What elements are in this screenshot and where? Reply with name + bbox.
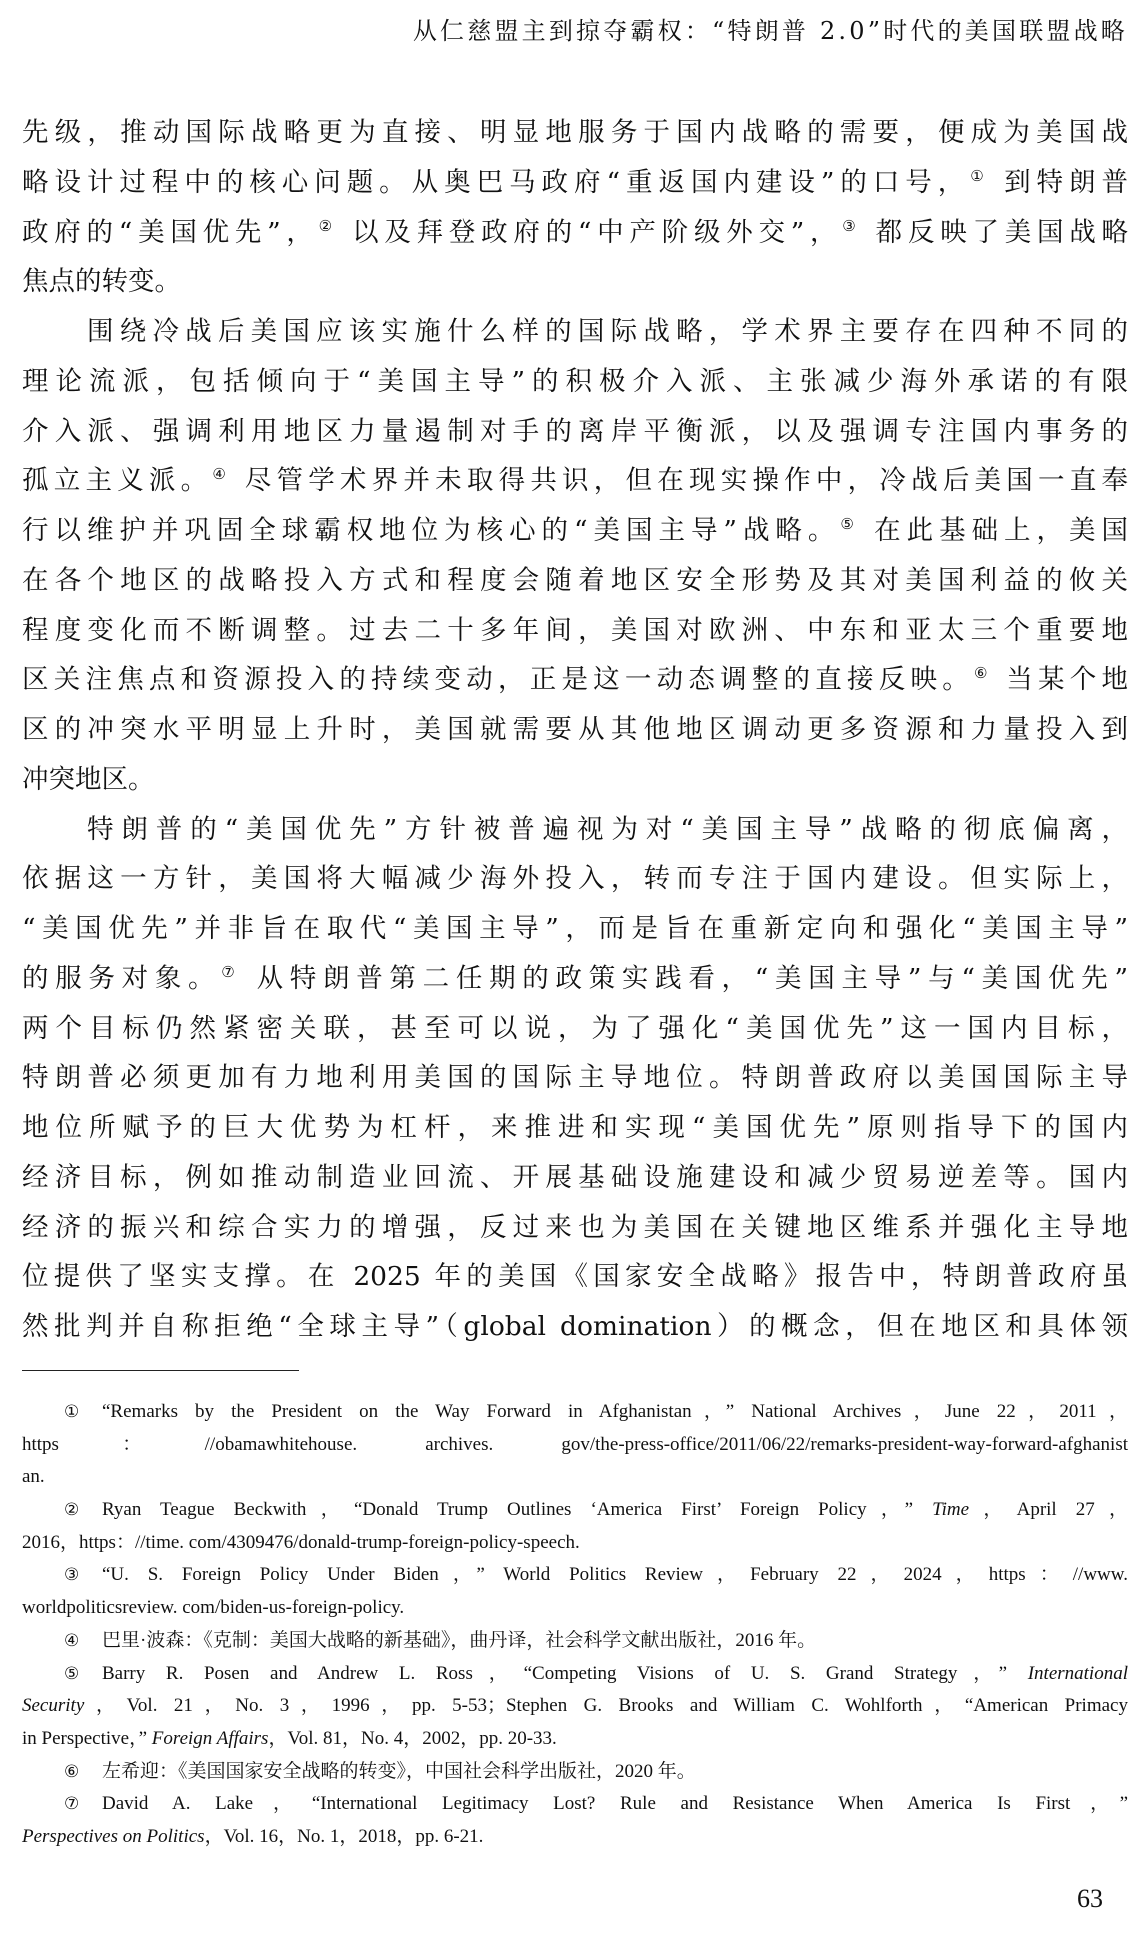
footnote-separator [22,1370,299,1371]
footnote-number: ③ [64,1559,102,1592]
footnote-link[interactable]: worldpoliticsreview. com/biden-us-foreig… [22,1597,404,1618]
text-line: 地位所赋予的巨大优势为杠杆，来推进和实现“美国优先”原则指导下的国内 [22,1103,1128,1153]
footnote-number: ⑦ [64,1788,102,1821]
footnote-6: ⑥左希迎：《美国国家安全战略的转变》，中国社会科学出版社，2020 年。 [22,1756,1128,1789]
paragraph: 特朗普的“美国优先”方针被普遍视为对“美国主导”战略的彻底偏离， 依据这一方针，… [22,805,1128,1352]
text-line: 区的冲突水平明显上升时，美国就需要从其他地区调动更多资源和力量投入到 [22,705,1128,755]
paragraph: 先级，推动国际战略更为直接、明显地服务于国内战略的需要，便成为美国战 略设计过程… [22,108,1128,307]
footnote-line: ①“Remarks by the President on the Way Fo… [22,1396,1128,1429]
footnote-line: 2016，https：//time. com/4309476/donald-tr… [22,1527,1128,1560]
footnote-line: Perspectives on Politics，Vol. 16，No. 1，2… [22,1821,1128,1854]
text-line: “美国优先”并非旨在取代“美国主导”，而是旨在重新定向和强化“美国主导” [22,904,1128,954]
paragraph: 围绕冷战后美国应该实施什么样的国际战略，学术界主要存在四种不同的 理论流派，包括… [22,307,1128,805]
footnote-3: ③“U. S. Foreign Policy Under Biden，” Wor… [22,1559,1128,1624]
text-line: 经济目标，例如推动制造业回流、开展基础设施建设和减少贸易逆差等。国内 [22,1153,1128,1203]
text-line: 程度变化而不断调整。过去二十多年间，美国对欧洲、中东和亚太三个重要地 [22,606,1128,656]
footnote-4: ④巴里·波森：《克制：美国大战略的新基础》，曲丹译，社会科学文献出版社，2016… [22,1625,1128,1658]
footnote-line: ⑥左希迎：《美国国家安全战略的转变》，中国社会科学出版社，2020 年。 [22,1756,1128,1789]
running-header: 从仁慈盟主到掠夺霸权：“特朗普 2.0”时代的美国联盟战略 [413,14,1128,48]
footnote-marker-4[interactable]: ④ [212,465,231,483]
footnotes: ①“Remarks by the President on the Way Fo… [22,1396,1128,1854]
text-line: 略设计过程中的核心问题。从奥巴马政府“重返国内建设”的口号，① 到特朗普 [22,158,1128,208]
footnote-number: ② [64,1494,102,1527]
footnote-line: ⑦David A. Lake，“International Legitimacy… [22,1788,1128,1821]
footnote-number: ⑤ [64,1658,102,1691]
footnote-line: ②Ryan Teague Beckwith，“Donald Trump Outl… [22,1494,1128,1527]
footnote-marker-6[interactable]: ⑥ [974,664,993,682]
footnote-number: ④ [64,1625,102,1658]
text-line: 经济的振兴和综合实力的增强，反过来也为美国在关键地区维系并强化主导地 [22,1203,1128,1253]
footnote-line: worldpoliticsreview. com/biden-us-foreig… [22,1592,1128,1625]
text-line: 在各个地区的战略投入方式和程度会随着地区安全形势及其对美国利益的攸关 [22,556,1128,606]
footnote-link[interactable]: https：//obamawhitehouse. archives. gov/t… [22,1434,1128,1455]
body-text: 先级，推动国际战略更为直接、明显地服务于国内战略的需要，便成为美国战 略设计过程… [22,108,1128,1352]
text-line: 行以维护并巩固全球霸权地位为核心的“美国主导”战略。⑤ 在此基础上，美国 [22,506,1128,556]
footnote-line: ③“U. S. Foreign Policy Under Biden，” Wor… [22,1559,1128,1592]
text-line: 区关注焦点和资源投入的持续变动，正是这一动态调整的直接反映。⑥ 当某个地 [22,655,1128,705]
footnote-line: ⑤Barry R. Posen and Andrew L. Ross，“Comp… [22,1658,1128,1691]
text-line: 特朗普的“美国优先”方针被普遍视为对“美国主导”战略的彻底偏离， [22,805,1128,855]
text-line: 焦点的转变。 [22,257,1128,307]
footnote-marker-7[interactable]: ⑦ [221,963,241,981]
footnote-number: ① [64,1396,102,1429]
footnote-marker-1[interactable]: ① [970,167,989,185]
footnote-number: ⑥ [64,1756,102,1789]
text-line: 孤立主义派。④ 尽管学术界并未取得共识，但在现实操作中，冷战后美国一直奉 [22,456,1128,506]
footnote-line: https：//obamawhitehouse. archives. gov/t… [22,1429,1128,1462]
footnote-2: ②Ryan Teague Beckwith，“Donald Trump Outl… [22,1494,1128,1559]
footnote-1: ①“Remarks by the President on the Way Fo… [22,1396,1128,1494]
footnote-line: Security，Vol. 21，No. 3，1996，pp. 5-53；Ste… [22,1690,1128,1723]
text-line: 然批判并自称拒绝“全球主导”（global domination）的概念，但在地… [22,1302,1128,1352]
text-line: 围绕冷战后美国应该实施什么样的国际战略，学术界主要存在四种不同的 [22,307,1128,357]
text-line: 的服务对象。⑦ 从特朗普第二任期的政策实践看，“美国主导”与“美国优先” [22,954,1128,1004]
text-line: 冲突地区。 [22,755,1128,805]
footnote-link[interactable]: 2016，https：//time. com/4309476/donald-tr… [22,1532,580,1553]
text-line: 理论流派，包括倾向于“美国主导”的积极介入派、主张减少海外承诺的有限 [22,357,1128,407]
footnote-line: ④巴里·波森：《克制：美国大战略的新基础》，曲丹译，社会科学文献出版社，2016… [22,1625,1128,1658]
text-line: 政府的“美国优先”，② 以及拜登政府的“中产阶级外交”，③ 都反映了美国战略 [22,208,1128,258]
page-number: 63 [1077,1884,1103,1914]
footnote-marker-5[interactable]: ⑤ [840,515,859,533]
footnote-5: ⑤Barry R. Posen and Andrew L. Ross，“Comp… [22,1658,1128,1756]
text-line: 特朗普必须更加有力地利用美国的国际主导地位。特朗普政府以美国国际主导 [22,1053,1128,1103]
text-line: 介入派、强调利用地区力量遏制对手的离岸平衡派，以及强调专注国内事务的 [22,407,1128,457]
text-line: 依据这一方针，美国将大幅减少海外投入，转而专注于国内建设。但实际上， [22,854,1128,904]
footnote-marker-3[interactable]: ③ [842,217,861,235]
text-line: 先级，推动国际战略更为直接、明显地服务于国内战略的需要，便成为美国战 [22,108,1128,158]
footnote-line: in Perspective，” Foreign Affairs，Vol. 81… [22,1723,1128,1756]
text-line: 位提供了坚实支撑。在 2025 年的美国《国家安全战略》报告中，特朗普政府虽 [22,1252,1128,1302]
footnote-marker-2[interactable]: ② [319,217,338,235]
footnote-7: ⑦David A. Lake，“International Legitimacy… [22,1788,1128,1853]
text-line: 两个目标仍然紧密关联，甚至可以说，为了强化“美国优先”这一国内目标， [22,1004,1128,1054]
footnote-line: an. [22,1461,1128,1494]
